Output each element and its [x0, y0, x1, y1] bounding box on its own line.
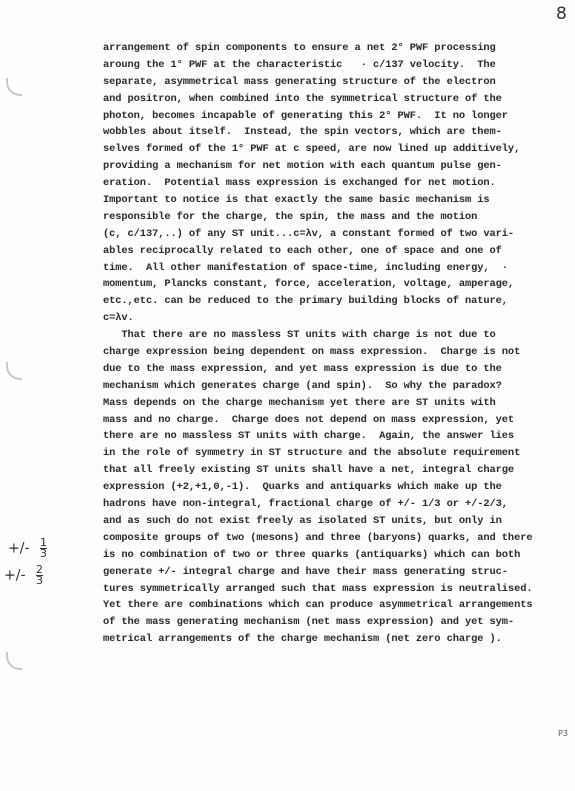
- text-line: and positron, when combined into the sym…: [103, 91, 573, 108]
- text-line: composite groups of two (mesons) and thr…: [103, 530, 573, 547]
- text-line: That there are no massless ST units with…: [103, 327, 573, 344]
- text-line: there are no massless ST units with char…: [103, 428, 573, 445]
- denominator: 3: [40, 548, 47, 559]
- text-line: separate, asymmetrical mass generating s…: [103, 74, 573, 91]
- text-line: responsible for the charge, the spin, th…: [103, 209, 573, 226]
- text-line: and as such do not exist freely as isola…: [103, 513, 573, 530]
- text-line: eration. Potential mass expression is ex…: [103, 175, 573, 192]
- text-line: momentum, Plancks constant, force, accel…: [103, 276, 573, 293]
- footer-mark: P3: [558, 729, 568, 738]
- typed-body-text: arrangement of spin components to ensure…: [103, 40, 573, 648]
- text-line: of the mass generating mechanism (net ma…: [103, 614, 573, 631]
- text-line: wobbles about itself. Instead, the spin …: [103, 124, 573, 141]
- margin-note-two-thirds: +/- 2 3: [4, 565, 43, 586]
- text-line: is no combination of two or three quarks…: [103, 547, 573, 564]
- fraction: 2 3: [36, 565, 43, 586]
- text-line: Important to notice is that exactly the …: [103, 192, 573, 209]
- text-line: aroung the 1° PWF at the characteristic …: [103, 57, 573, 74]
- text-line: in the role of symmetry in ST structure …: [103, 445, 573, 462]
- margin-note-prefix: +/-: [8, 541, 30, 557]
- margin-note-prefix: +/-: [4, 568, 26, 584]
- text-line: mass and no charge. Charge does not depe…: [103, 412, 573, 429]
- text-line: that all freely existing ST units shall …: [103, 462, 573, 479]
- text-line: (c, c/137,..) of any ST unit...c=λv, a c…: [103, 226, 573, 243]
- text-line: charge expression being dependent on mas…: [103, 344, 573, 361]
- text-line: photon, becomes incapable of generating …: [103, 108, 573, 125]
- text-line: providing a mechanism for net motion wit…: [103, 158, 573, 175]
- text-line: Yet there are combinations which can pro…: [103, 597, 573, 614]
- text-line: hadrons have non-integral, fractional ch…: [103, 496, 573, 513]
- text-line: mechanism which generates charge (and sp…: [103, 378, 573, 395]
- text-line: generate +/- integral charge and have th…: [103, 564, 573, 581]
- denominator: 3: [36, 575, 43, 586]
- text-line: Mass depends on the charge mechanism yet…: [103, 395, 573, 412]
- page-number: 8: [556, 4, 567, 24]
- text-line: ables reciprocally related to each other…: [103, 243, 573, 260]
- binder-hole-top: [6, 78, 22, 96]
- text-line: due to the mass expression, and yet mass…: [103, 361, 573, 378]
- text-line: arrangement of spin components to ensure…: [103, 40, 573, 57]
- fraction: 1 3: [40, 538, 47, 559]
- text-line: expression (+2,+1,0,-1). Quarks and anti…: [103, 479, 573, 496]
- text-line: tures symmetrically arranged such that m…: [103, 581, 573, 598]
- margin-note-one-third: +/- 1 3: [8, 538, 47, 559]
- text-line: etc.,etc. can be reduced to the primary …: [103, 293, 573, 310]
- binder-hole-bottom: [6, 652, 22, 670]
- text-line: c=λv.: [103, 310, 573, 327]
- text-line: metrical arrangements of the charge mech…: [103, 631, 573, 648]
- text-line: time. All other manifestation of space-t…: [103, 260, 573, 277]
- binder-hole-middle: [6, 362, 22, 380]
- text-line: selves formed of the 1° PWF at c speed, …: [103, 141, 573, 158]
